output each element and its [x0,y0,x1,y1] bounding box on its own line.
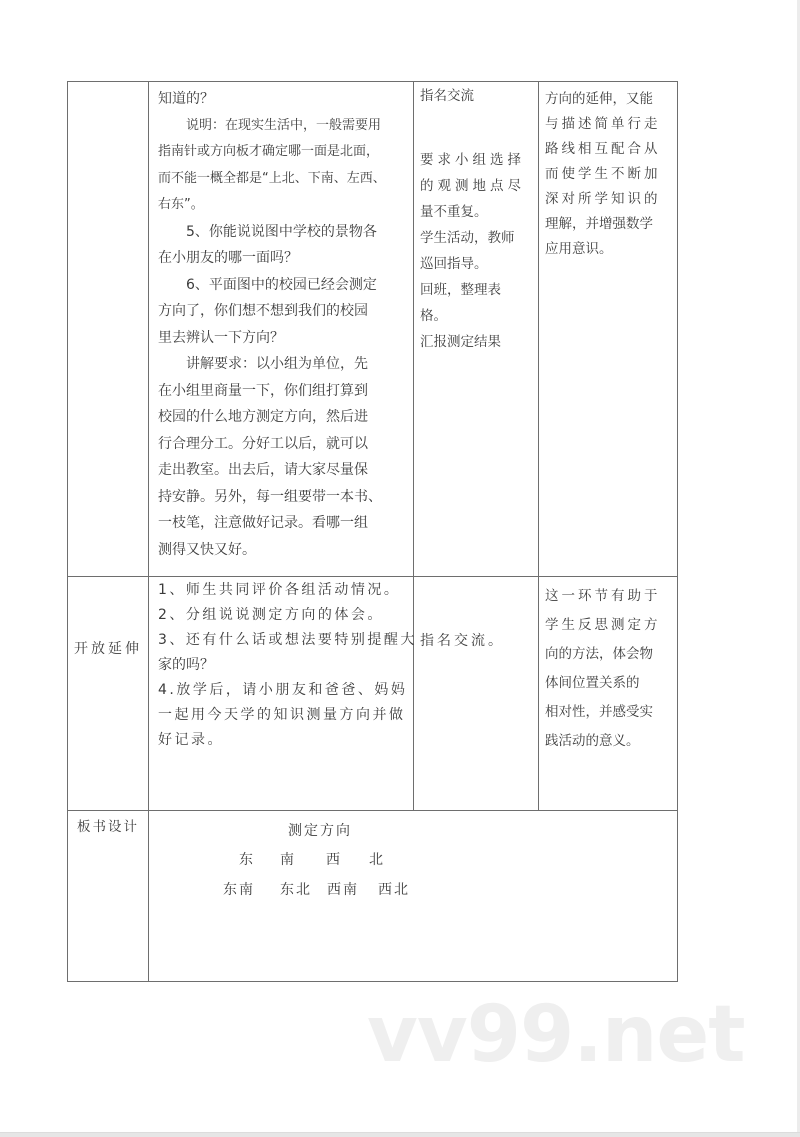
row3-label-cell: 板书设计 [68,814,148,841]
row1-activity-line [420,109,535,135]
row1-content-line: 在小朋友的哪一面吗？ [158,245,410,272]
table-border-left [67,81,68,982]
row1-activity-line: 格。 [420,303,535,329]
row1-intent-cell: 方向的延伸，又能 与描述简单行走 路线相互配合从 而使学生不断加 深对所学知识的… [545,87,677,262]
row1-intent-line: 而使学生不断加 [545,162,677,187]
row2-content-line: 家的吗？ [158,653,428,678]
row2-intent-cell: 这一环节有助于 学生反思测定方 向的方法，体会物 体间位置关系的 相对性，并感受… [545,582,677,756]
row1-content-cell: 知道的？ 说明：在现实生活中，一般需要用 指南针或方向板才确定哪一面是北面， 而… [158,86,410,563]
table-border-top [67,81,678,82]
row2-content-line: 2、分组说说测定方向的体会。 [158,603,428,628]
board-direction: 北 [369,849,383,869]
row2-content-line: 3、还有什么话或想法要特别提醒大 [158,628,428,653]
row1-content-line: 行合理分工。分好工以后，就可以 [158,431,410,458]
row1-content-line: 知道的？ [158,86,410,113]
row1-activity-line: 回班，整理表 [420,277,535,303]
row-divider-1 [67,576,678,577]
row1-activity-line: 学生活动，教师 [420,225,535,251]
row1-content-line: 校园的什么地方测定方向，然后进 [158,404,410,431]
board-direction: 西南 [327,879,359,899]
row2-intent-line: 践活动的意义。 [545,727,677,756]
watermark: vv99.net [367,990,745,1080]
row1-content-line: 在小组里商量一下，你们组打算到 [158,378,410,405]
row2-content-line: 4.放学后，请小朋友和爸爸、妈妈 [158,678,428,703]
row2-intent-line: 体间位置关系的 [545,669,677,698]
row1-content-line: 方向了，你们想不想到我们的校园 [158,298,410,325]
row2-content-cell: 1、师生共同评价各组活动情况。 2、分组说说测定方向的体会。 3、还有什么话或想… [158,578,428,753]
row2-activity-cell: 指名交流。 [420,628,535,655]
table-border-bottom [67,981,678,982]
row1-content-line: 而不能一概全都是“上北、下南、左西、 [158,166,410,193]
row1-activity-line: 量不重复。 [420,199,535,225]
row2-intent-line: 向的方法，体会物 [545,640,677,669]
row2-activity-line: 指名交流。 [420,628,535,655]
board-direction: 东北 [280,879,312,899]
col-divider-1 [148,81,149,982]
row1-content-line: 里去辨认一下方向？ [158,325,410,352]
board-title: 测定方向 [288,820,352,840]
row3-label: 板书设计 [68,814,148,841]
row1-content-line: 测得又快又好。 [158,537,410,564]
table-border-right [677,81,678,982]
row1-content-line: 说明：在现实生活中，一般需要用 [158,113,410,140]
row2-content-line: 好记录。 [158,728,428,753]
row2-intent-line: 这一环节有助于 [545,582,677,611]
board-direction: 东 [239,849,253,869]
row1-intent-line: 方向的延伸，又能 [545,87,677,112]
row2-intent-line: 学生反思测定方 [545,611,677,640]
row1-content-line: 右东”。 [158,192,410,219]
row1-activity-line: 的观测地点尽 [420,173,535,199]
row1-activity-line: 巡回指导。 [420,251,535,277]
row1-activity-line: 指名交流 [420,83,535,109]
page-edge-bottom [0,1132,800,1137]
row1-intent-line: 深对所学知识的 [545,187,677,212]
row2-intent-line: 相对性，并感受实 [545,698,677,727]
row1-content-line: 6、平面图中的校园已经会测定 [158,272,410,299]
row2-label: 开放延伸 [68,636,148,663]
row1-intent-line: 应用意识。 [545,237,677,262]
row1-content-line: 讲解要求：以小组为单位，先 [158,351,410,378]
row1-intent-line: 理解，并增强数学 [545,212,677,237]
row-divider-2 [67,810,678,811]
row1-activity-cell: 指名交流 要求小组选择 的观测地点尽 量不重复。 学生活动，教师 巡回指导。 回… [420,83,535,355]
board-direction: 西北 [378,879,410,899]
row1-intent-line: 与描述简单行走 [545,112,677,137]
row2-label-cell: 开放延伸 [68,636,148,663]
row1-content-line: 5、你能说说图中学校的景物各 [158,219,410,246]
row2-content-line: 一起用今天学的知识测量方向并做 [158,703,428,728]
board-direction: 东南 [223,879,255,899]
row1-activity-line [420,135,535,147]
col-divider-3 [538,81,539,810]
row1-content-line: 走出教室。出去后，请大家尽量保 [158,457,410,484]
row1-activity-line: 汇报测定结果 [420,329,535,355]
board-direction: 南 [280,849,294,869]
row1-content-line: 指南针或方向板才确定哪一面是北面， [158,139,410,166]
board-direction: 西 [326,849,340,869]
row1-activity-line: 要求小组选择 [420,147,535,173]
row2-content-line: 1、师生共同评价各组活动情况。 [158,578,428,603]
row1-content-line: 持安静。另外，每一组要带一本书、 [158,484,410,511]
row1-content-line: 一枝笔，注意做好记录。看哪一组 [158,510,410,537]
row1-intent-line: 路线相互配合从 [545,137,677,162]
